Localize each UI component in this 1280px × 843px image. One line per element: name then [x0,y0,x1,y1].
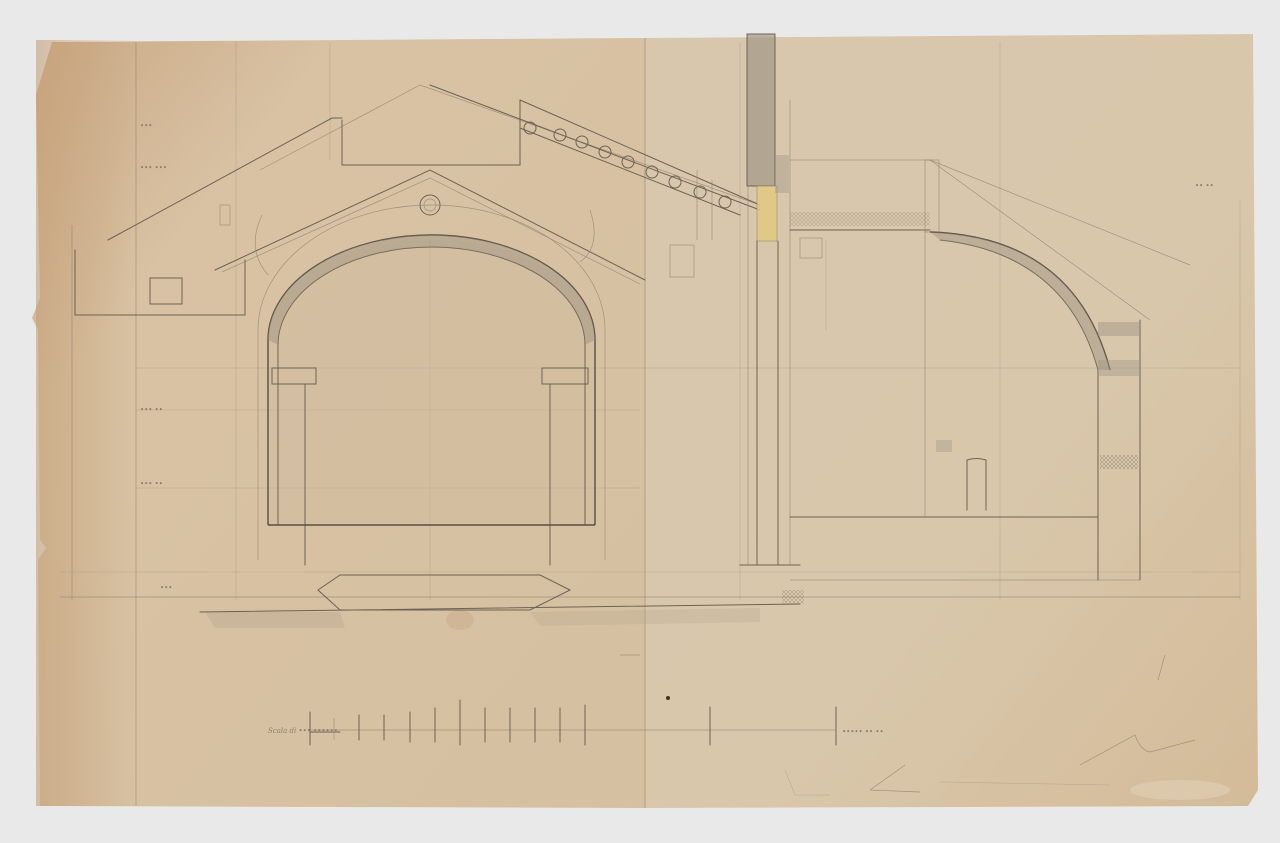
right-sheet [645,34,1258,808]
scale-bar-end-label: ••••• •• •• [842,728,884,736]
margin-label-5: ••• [160,584,172,592]
dimension-note: •• •• [1195,182,1214,190]
scale-bar-label: Scala di ••• •••••• [268,727,338,735]
margin-label-2: ••• ••• [140,164,167,172]
drawing-sheet: ••• ••• ••• ••• •• ••• •• ••• •• •• Scal… [0,0,1280,843]
yellow-wash-block [757,186,777,241]
paper [32,34,1258,808]
margin-label-3: ••• •• [140,406,163,414]
margin-label-1: ••• [140,122,152,130]
margin-label-4: ••• •• [140,480,163,488]
